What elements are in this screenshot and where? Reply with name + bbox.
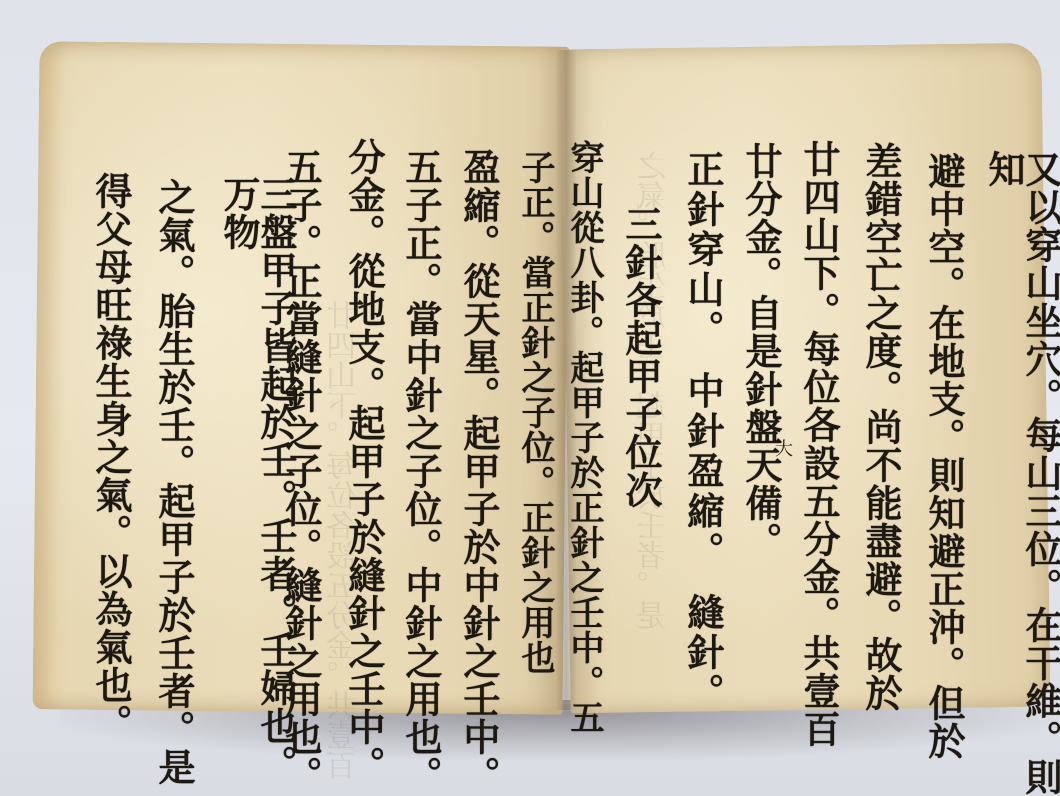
text-column-6: 正針穿山。 中針盈縮。 縫針。 (684, 150, 721, 713)
text-column-5: 廿分金。自是針盤天備。 (742, 142, 779, 560)
text-column-3: 差錯空亡之度。尚不能盡避。故於 (862, 142, 899, 712)
text-column-15: 之氣。胎生於壬。起甲子於壬者。是 (155, 178, 192, 786)
text-column-11: 五子正。當中針之子位。中針之用也。 (402, 148, 439, 794)
text-column-2: 避中空。在地支。則知避正沖。但於 (925, 152, 962, 760)
text-column-12: 分金。從地支。起甲子於縫針之壬中。 (345, 138, 382, 784)
open-book: 之氣。胎生於壬。起甲子於壬者。是 廿四山下。每位各設五分金。共壹百 又以穿山坐穴… (0, 0, 1060, 796)
margin-annotation: 大 (775, 435, 793, 461)
text-column-14: 三盤甲子皆起於壬。壬者。壬婦也。万物 (220, 175, 294, 796)
text-column-1: 又以穿山坐穴。每山三位。在干維。則知 (985, 150, 1059, 796)
text-column-9: 子正。當正針之子位。正針之用也 (518, 150, 552, 675)
text-column-16: 得父母旺祿生身之氣。以為氣也。 (92, 172, 129, 742)
text-column-8: 穿山從八卦。起甲子於正針之壬中。五 (567, 140, 601, 735)
text-column-7: 三針各起甲子位次 (622, 205, 659, 509)
text-column-10: 盈縮。從天星。起甲子於中針之壬中。 (460, 148, 497, 794)
text-column-4: 廿四山下。每位各設五分金。共壹百 (800, 140, 837, 748)
